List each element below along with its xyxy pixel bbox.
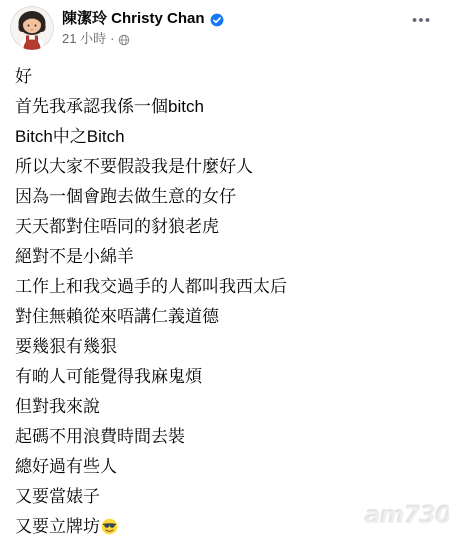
post-text-line: 好 — [15, 62, 433, 92]
more-options-button[interactable] — [405, 8, 437, 32]
post-text-line: 所以大家不要假設我是什麼好人 — [15, 152, 433, 182]
ellipsis-menu-icon — [411, 10, 431, 30]
post-text-line: 首先我承認我係一個bitch — [15, 92, 433, 122]
globe-public-icon — [118, 34, 130, 46]
post-header: 陳潔玲 Christy Chan 21 小時 · — [0, 0, 449, 56]
post-text-line: 有啲人可能覺得我麻鬼煩 — [15, 362, 433, 392]
author-name-link[interactable]: 陳潔玲 Christy Chan — [62, 9, 205, 29]
post-text-line-last: 又要立牌坊 — [15, 512, 433, 542]
header-text-block: 陳潔玲 Christy Chan 21 小時 · — [62, 6, 224, 47]
post-text-line: 但對我來說 — [15, 392, 433, 422]
timestamp-link[interactable]: 21 小時 — [62, 31, 106, 47]
post-text-line: 總好過有些人 — [15, 452, 433, 482]
facebook-post-card: 陳潔玲 Christy Chan 21 小時 · — [0, 0, 449, 542]
post-text-line: 又要當婊子 — [15, 482, 433, 512]
post-text-line: 絕對不是小綿羊 — [15, 242, 433, 272]
post-text-line: 要幾狠有幾狠 — [15, 332, 433, 362]
post-text-line: 因為一個會跑去做生意的女仔 — [15, 182, 433, 212]
post-text-line: 對住無賴從來唔講仁義道德 — [15, 302, 433, 332]
post-meta-row: 21 小時 · — [62, 31, 224, 47]
verified-badge-icon — [210, 13, 224, 27]
post-text-body: 好 首先我承認我係一個bitch Bitch中之Bitch 所以大家不要假設我是… — [0, 56, 449, 542]
post-text-line-last-text: 又要立牌坊 — [15, 517, 100, 536]
post-text-line: Bitch中之Bitch — [15, 122, 433, 152]
profile-avatar[interactable] — [10, 6, 54, 50]
post-text-line: 起碼不用浪費時間去裝 — [15, 422, 433, 452]
author-row: 陳潔玲 Christy Chan — [62, 9, 224, 29]
post-text-line: 工作上和我交過手的人都叫我西太后 — [15, 272, 433, 302]
sunglasses-emoji-icon — [101, 515, 118, 542]
post-text-line: 天天都對住唔同的豺狼老虎 — [15, 212, 433, 242]
meta-dot-separator: · — [110, 31, 114, 47]
